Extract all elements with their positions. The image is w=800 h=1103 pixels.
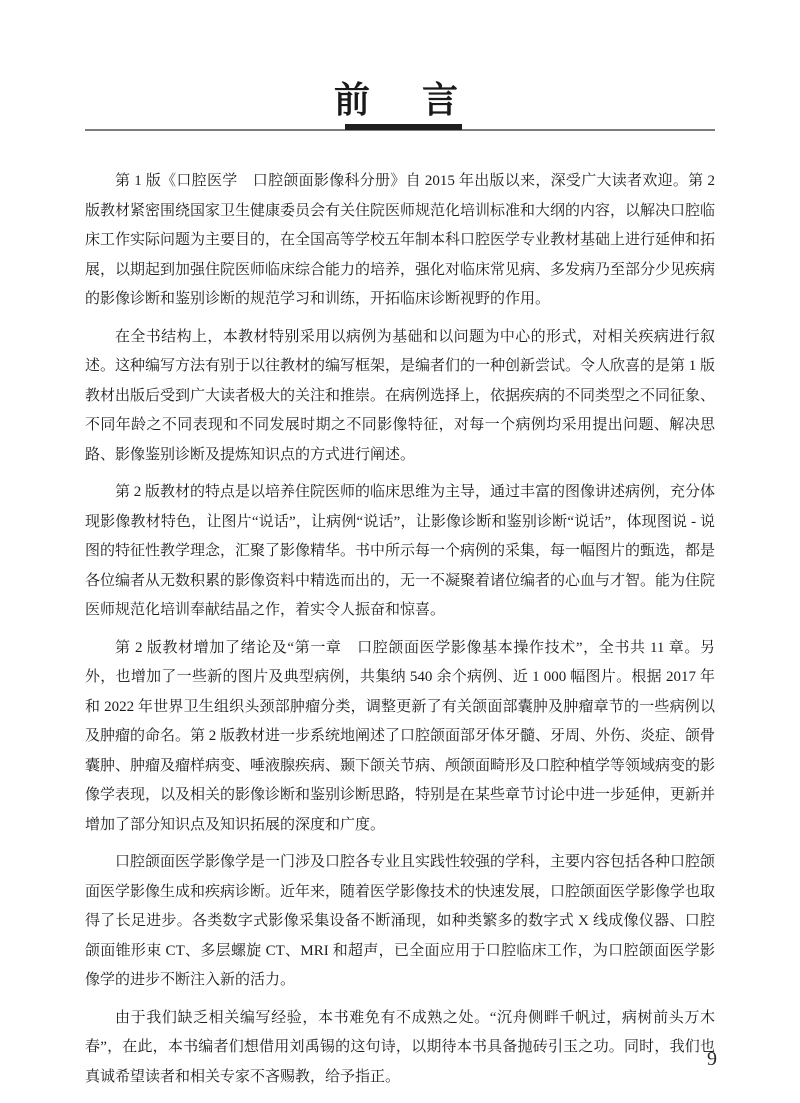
preface-paragraph-1: 第 1 版《口腔医学 口腔颌面影像科分册》自 2015 年出版以来，深受广大读者… (85, 167, 715, 315)
preface-body: 第 1 版《口腔医学 口腔颌面影像科分册》自 2015 年出版以来，深受广大读者… (85, 167, 715, 1100)
preface-paragraph-2: 在全书结构上，本教材特别采用以病例为基础和以问题为中心的形式，对相关疾病进行叙述… (85, 323, 715, 471)
preface-paragraph-4: 第 2 版教材增加了绪论及“第一章 口腔颌面医学影像基本操作技术”，全书共 11… (85, 634, 715, 841)
page-title: 前 言 (0, 82, 800, 118)
preface-paragraph-6: 由于我们缺乏相关编写经验，本书难免有不成熟之处。“沉舟侧畔千帆过，病树前头万木春… (85, 1004, 715, 1093)
preface-paragraph-3: 第 2 版教材的特点是以培养住院医师的临床思维为主导，通过丰富的图像讲述病例，充… (85, 478, 715, 626)
title-underline-accent (345, 124, 462, 130)
page-number: 9 (697, 1048, 727, 1071)
preface-paragraph-5: 口腔颌面医学影像学是一门涉及口腔各专业且实践性较强的学科，主要内容包括各种口腔颌… (85, 848, 715, 996)
preface-page: 前 言 第 1 版《口腔医学 口腔颌面影像科分册》自 2015 年出版以来，深受… (0, 0, 800, 1103)
